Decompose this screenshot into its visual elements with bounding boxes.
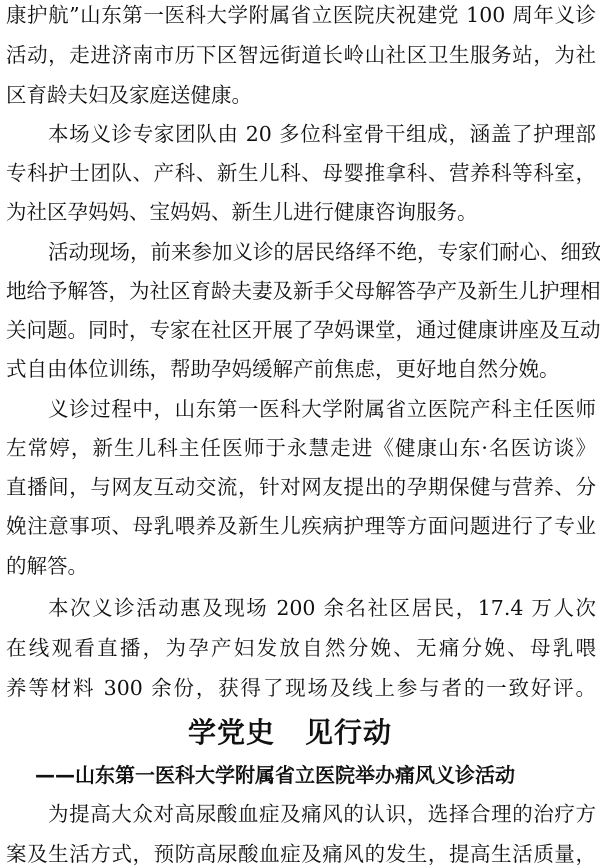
section-title-part-1: 学党史: [188, 716, 275, 749]
paragraph-3-line-1: 活动现场，前来参加义诊的居民络绎不绝，专家们耐心、细致: [6, 240, 596, 264]
document-page: 康护航”山东第一医科大学附属省立医院庆祝建党 100 周年义诊 活动，走进济南市…: [0, 0, 600, 865]
paragraph-3-line-2: 地给予解答，为社区育龄夫妻及新手父母解答孕产及新生儿护理相: [6, 279, 596, 303]
paragraph-4-line-2: 左常婷，新生儿科主任医师于永慧走进《健康山东·名医访谈》: [6, 436, 596, 460]
paragraph-4-line-4: 娩注意事项、母乳喂养及新生儿疾病护理等方面问题进行了专业: [6, 514, 596, 538]
section-paragraph-line-1: 为提高大众对高尿酸血症及痛风的认识，选择合理的治疗方: [6, 802, 596, 826]
paragraph-4-line-1: 义诊过程中，山东第一医科大学附属省立医院产科主任医师: [6, 397, 596, 421]
paragraph-5-line-1: 本次义诊活动惠及现场 200 余名社区居民，17.4 万人次: [6, 596, 596, 620]
paragraph-3-line-4: 式自由体位训练，帮助孕妈缓解产前焦虑，更好地自然分娩。: [6, 357, 596, 381]
paragraph-3-line-3: 关问题。同时，专家在社区开展了孕妈课堂，通过健康讲座及互动: [6, 318, 596, 342]
section-subtitle: ——山东第一医科大学附属省立医院举办痛风义诊活动: [35, 762, 565, 788]
paragraph-1-line-2: 活动，走进济南市历下区智远街道长岭山社区卫生服务站，为社: [6, 43, 596, 67]
paragraph-5-line-2: 在线观看直播，为孕产妇发放自然分娩、无痛分娩、母乳喂: [6, 636, 596, 660]
paragraph-2-line-2: 专科护士团队、产科、新生儿科、母婴推拿科、营养科等科室，: [6, 161, 596, 185]
section-title: 学党史见行动: [0, 716, 580, 750]
paragraph-1-line-1: 康护航”山东第一医科大学附属省立医院庆祝建党 100 周年义诊: [6, 3, 596, 27]
paragraph-4-line-5: 的解答。: [6, 554, 596, 578]
paragraph-2-line-3: 为社区孕妈妈、宝妈妈、新生儿进行健康咨询服务。: [6, 200, 596, 224]
section-title-part-2: 见行动: [305, 716, 392, 749]
paragraph-4-line-3: 直播间，与网友互动交流，针对网友提出的孕期保健与营养、分: [6, 475, 596, 499]
paragraph-2-line-1: 本场义诊专家团队由 20 多位科室骨干组成，涵盖了护理部: [6, 122, 596, 146]
section-paragraph-line-2: 案及生活方式，预防高尿酸血症及痛风的发生，提高生活质量，: [6, 842, 596, 865]
paragraph-1-line-3: 区育龄夫妇及家庭送健康。: [6, 83, 596, 107]
paragraph-5-line-3: 养等材料 300 余份，获得了现场及线上参与者的一致好评。: [6, 676, 596, 700]
